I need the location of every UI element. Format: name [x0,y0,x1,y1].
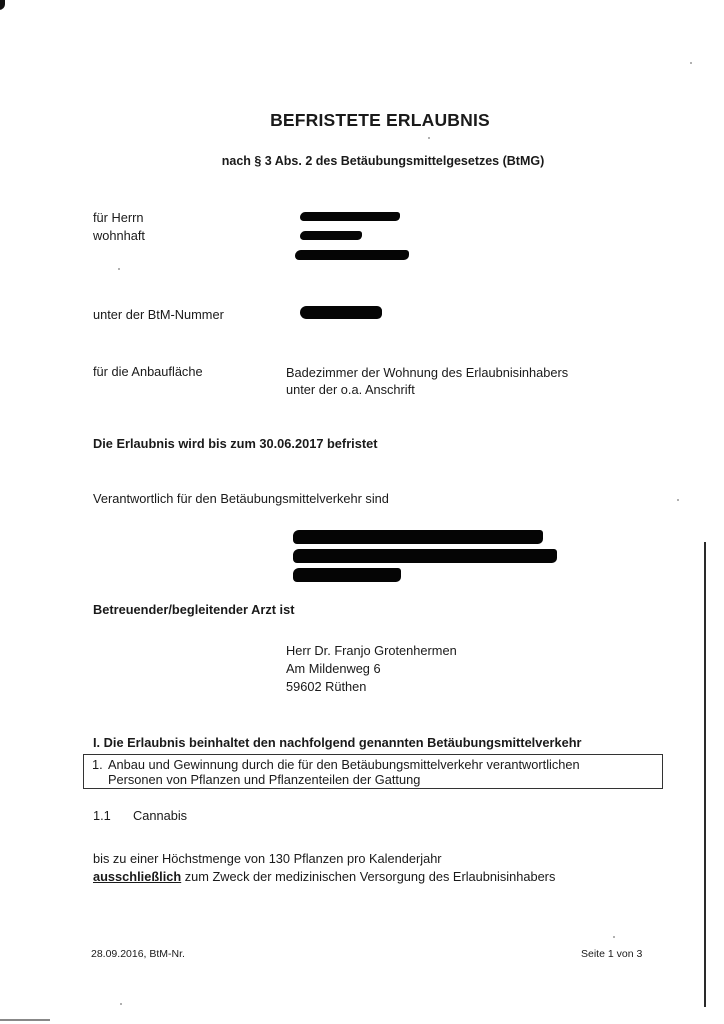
cultivation-area-label: für die Anbaufläche [93,364,203,379]
residence-label: wohnhaft [93,228,145,243]
redacted-address-line2 [295,250,409,260]
physician-label: Betreuender/begleitender Arzt ist [93,602,294,617]
redacted-responsible-3 [293,568,401,582]
item-line2: Personen von Pflanzen und Pflanzenteilen… [108,772,420,787]
scan-edge-line [704,542,706,1007]
limit-paragraph: bis zu einer Höchstmenge von 130 Pflanze… [93,850,555,885]
document-subtitle: nach § 3 Abs. 2 des Betäubungsmittelgese… [0,154,724,168]
redacted-btm-number [300,306,382,319]
scan-bottom-mark [0,1019,50,1021]
validity-statement: Die Erlaubnis wird bis zum 30.06.2017 be… [93,436,377,451]
btm-number-label: unter der BtM-Nummer [93,307,224,322]
physician-name: Herr Dr. Franjo Grotenhermen [286,642,457,659]
subitem-cannabis: 1.1 Cannabis [93,808,111,823]
physician-street: Am Mildenweg 6 [286,660,381,677]
cultivation-area-line1: Badezimmer der Wohnung des Erlaubnisinha… [286,364,568,381]
scan-speck [118,268,120,270]
subitem-number: 1.1 [93,808,111,823]
item-line1: Anbau und Gewinnung durch die für den Be… [108,757,580,772]
document-title: BEFRISTETE ERLAUBNIS [0,110,724,131]
footer-page-number: Seite 1 von 3 [581,948,642,960]
purpose-emphasis: ausschließlich [93,869,181,884]
footer-date: 28.09.2016, BtM-Nr. [91,948,185,960]
purpose-rest: zum Zweck der medizinischen Versorgung d… [181,869,555,884]
scan-speck [677,499,679,501]
scan-corner-mark [0,0,5,10]
holder-label: für Herrn [93,210,144,225]
redacted-responsible-1 [293,530,543,544]
section-one-heading: I. Die Erlaubnis beinhaltet den nachfolg… [93,735,582,750]
scan-speck [428,137,430,139]
item-number: 1. [92,757,103,772]
responsible-label: Verantwortlich für den Betäubungsmittelv… [93,491,389,506]
redacted-holder-name [300,212,400,221]
redacted-responsible-2 [293,549,557,563]
scan-speck [613,936,615,938]
scan-speck [690,62,692,64]
limit-line: bis zu einer Höchstmenge von 130 Pflanze… [93,851,442,866]
redacted-address-line1 [300,231,362,240]
item-text: Anbau und Gewinnung durch die für den Be… [108,757,580,787]
scan-speck [120,1003,122,1005]
section-one-item-box: 1. Anbau und Gewinnung durch die für den… [83,754,663,789]
subitem-name: Cannabis [133,808,187,823]
cultivation-area-line2: unter der o.a. Anschrift [286,381,415,398]
physician-city: 59602 Rüthen [286,678,366,695]
